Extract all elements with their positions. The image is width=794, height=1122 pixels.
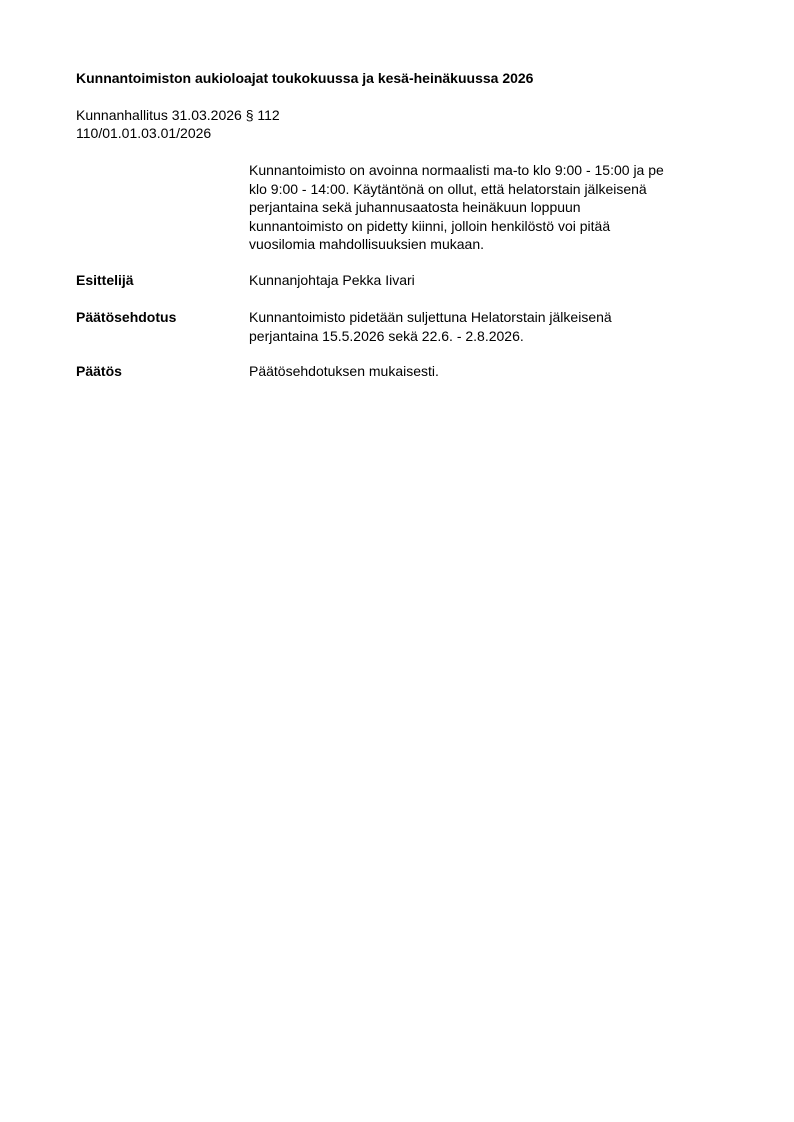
section-label: Päätös bbox=[76, 362, 122, 381]
meeting-reference: Kunnanhallitus 31.03.2026 § 112 bbox=[76, 106, 280, 124]
intro-paragraph: Kunnantoimisto on avoinna normaalisti ma… bbox=[249, 161, 727, 254]
section-line: Päätösehdotuksen mukaisesti. bbox=[249, 362, 729, 381]
section-value: Päätösehdotuksen mukaisesti. bbox=[249, 362, 729, 381]
document-page: Kunnantoimiston aukioloajat toukokuussa … bbox=[0, 0, 794, 1122]
section-label: Esittelijä bbox=[76, 271, 134, 290]
section-value: Kunnantoimisto pidetään suljettuna Helat… bbox=[249, 308, 729, 345]
section-label: Päätösehdotus bbox=[76, 308, 176, 327]
intro-line: kunnantoimisto on pidetty kiinni, jolloi… bbox=[249, 217, 727, 236]
intro-line: Kunnantoimisto on avoinna normaalisti ma… bbox=[249, 161, 727, 180]
meeting-info: Kunnanhallitus 31.03.2026 § 112 110/01.0… bbox=[76, 106, 280, 142]
intro-line: vuosilomia mahdollisuuksien mukaan. bbox=[249, 235, 727, 254]
section-line: Kunnanjohtaja Pekka Iivari bbox=[249, 271, 729, 290]
intro-line: klo 9:00 - 14:00. Käytäntönä on ollut, e… bbox=[249, 180, 727, 199]
section-value: Kunnanjohtaja Pekka Iivari bbox=[249, 271, 729, 290]
intro-line: perjantaina sekä juhannusaatosta heinäku… bbox=[249, 198, 727, 217]
document-title: Kunnantoimiston aukioloajat toukokuussa … bbox=[76, 69, 533, 87]
section-line: perjantaina 15.5.2026 sekä 22.6. - 2.8.2… bbox=[249, 327, 729, 346]
record-number: 110/01.01.03.01/2026 bbox=[76, 124, 280, 142]
section-line: Kunnantoimisto pidetään suljettuna Helat… bbox=[249, 308, 729, 327]
